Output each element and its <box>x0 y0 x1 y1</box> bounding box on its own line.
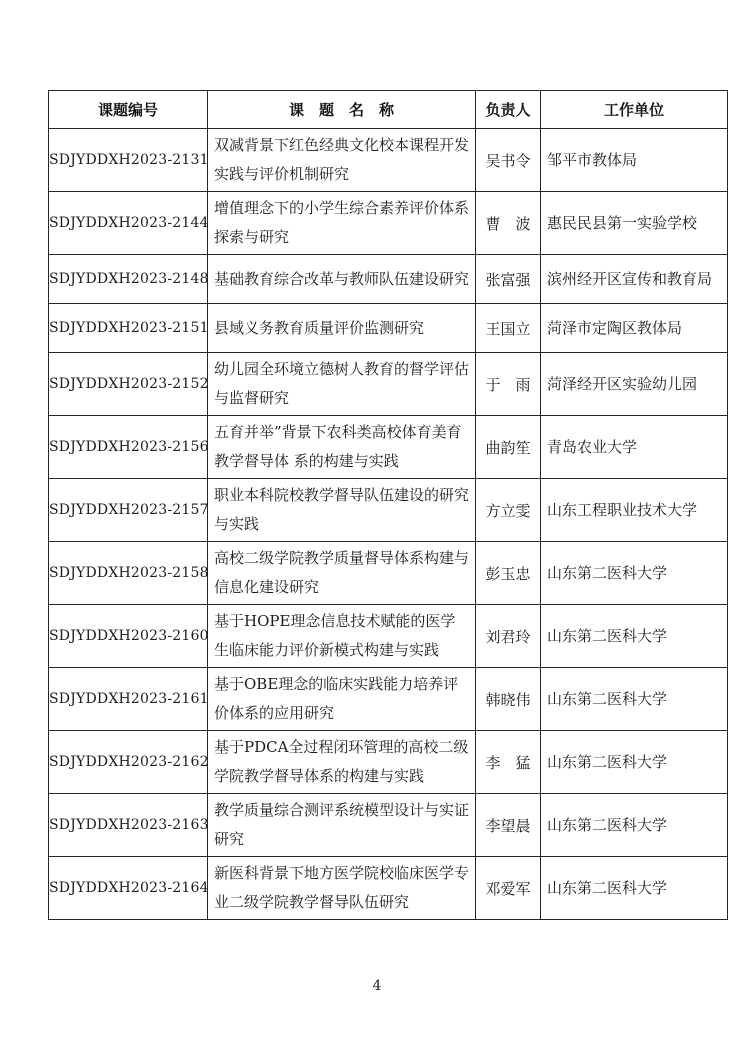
document-page: 课题编号 课 题 名 称 负责人 工作单位 SDJYDDXH2023-2131 … <box>0 0 754 1064</box>
cell-project-code: SDJYDDXH2023-2152 <box>49 353 208 416</box>
cell-leader: 刘君玲 <box>476 605 541 668</box>
cell-leader: 邓爱军 <box>476 857 541 920</box>
cell-work-unit: 菏泽市定陶区教体局 <box>541 304 728 353</box>
table-row: SDJYDDXH2023-2157 职业本科院校教学督导队伍建设的研究与实践 方… <box>49 479 728 542</box>
cell-project-title: 新医科背景下地方医学院校临床医学专业二级学院教学督导队伍研究 <box>208 857 476 920</box>
table-row: SDJYDDXH2023-2156 五育并举”背景下农科类高校体育美育教学督导体… <box>49 416 728 479</box>
cell-work-unit: 滨州经开区宣传和教育局 <box>541 255 728 304</box>
table-row: SDJYDDXH2023-2131 双减背景下红色经典文化校本课程开发实践与评价… <box>49 129 728 192</box>
cell-project-code: SDJYDDXH2023-2157 <box>49 479 208 542</box>
table-row: SDJYDDXH2023-2161 基于OBE理念的临床实践能力培养评价体系的应… <box>49 668 728 731</box>
project-table: 课题编号 课 题 名 称 负责人 工作单位 SDJYDDXH2023-2131 … <box>48 90 728 920</box>
cell-project-code: SDJYDDXH2023-2158 <box>49 542 208 605</box>
header-leader: 负责人 <box>476 91 541 129</box>
cell-leader: 张富强 <box>476 255 541 304</box>
cell-project-code: SDJYDDXH2023-2164 <box>49 857 208 920</box>
cell-project-title: 幼儿园全环境立德树人教育的督学评估与监督研究 <box>208 353 476 416</box>
table-row: SDJYDDXH2023-2164 新医科背景下地方医学院校临床医学专业二级学院… <box>49 857 728 920</box>
table-row: SDJYDDXH2023-2152 幼儿园全环境立德树人教育的督学评估与监督研究… <box>49 353 728 416</box>
cell-work-unit: 青岛农业大学 <box>541 416 728 479</box>
cell-project-title: 基于PDCA全过程闭环管理的高校二级学院教学督导体系的构建与实践 <box>208 731 476 794</box>
cell-project-title: 基于HOPE理念信息技术赋能的医学生临床能力评价新模式构建与实践 <box>208 605 476 668</box>
cell-work-unit: 山东第二医科大学 <box>541 605 728 668</box>
table-row: SDJYDDXH2023-2158 高校二级学院教学质量督导体系构建与信息化建设… <box>49 542 728 605</box>
cell-project-title: 县域义务教育质量评价监测研究 <box>208 304 476 353</box>
cell-project-code: SDJYDDXH2023-2148 <box>49 255 208 304</box>
header-project-code: 课题编号 <box>49 91 208 129</box>
cell-leader: 吴书令 <box>476 129 541 192</box>
cell-work-unit: 山东工程职业技术大学 <box>541 479 728 542</box>
table-row: SDJYDDXH2023-2162 基于PDCA全过程闭环管理的高校二级学院教学… <box>49 731 728 794</box>
cell-leader: 彭玉忠 <box>476 542 541 605</box>
cell-project-title: 高校二级学院教学质量督导体系构建与信息化建设研究 <box>208 542 476 605</box>
cell-work-unit: 邹平市教体局 <box>541 129 728 192</box>
cell-leader: 于 雨 <box>476 353 541 416</box>
cell-project-code: SDJYDDXH2023-2151 <box>49 304 208 353</box>
cell-project-code: SDJYDDXH2023-2163 <box>49 794 208 857</box>
cell-project-code: SDJYDDXH2023-2144 <box>49 192 208 255</box>
cell-work-unit: 惠民民县第一实验学校 <box>541 192 728 255</box>
table-row: SDJYDDXH2023-2148 基础教育综合改革与教师队伍建设研究 张富强 … <box>49 255 728 304</box>
cell-work-unit: 山东第二医科大学 <box>541 731 728 794</box>
cell-project-title: 教学质量综合测评系统模型设计与实证研究 <box>208 794 476 857</box>
cell-project-title: 基于OBE理念的临床实践能力培养评价体系的应用研究 <box>208 668 476 731</box>
header-work-unit: 工作单位 <box>541 91 728 129</box>
table-row: SDJYDDXH2023-2144 增值理念下的小学生综合素养评价体系探索与研究… <box>49 192 728 255</box>
cell-leader: 王国立 <box>476 304 541 353</box>
cell-project-title: 五育并举”背景下农科类高校体育美育教学督导体 系的构建与实践 <box>208 416 476 479</box>
cell-project-code: SDJYDDXH2023-2160 <box>49 605 208 668</box>
cell-project-title: 基础教育综合改革与教师队伍建设研究 <box>208 255 476 304</box>
cell-project-code: SDJYDDXH2023-2156 <box>49 416 208 479</box>
cell-work-unit: 山东第二医科大学 <box>541 668 728 731</box>
table-header-row: 课题编号 课 题 名 称 负责人 工作单位 <box>49 91 728 129</box>
cell-work-unit: 山东第二医科大学 <box>541 542 728 605</box>
cell-project-title: 双减背景下红色经典文化校本课程开发实践与评价机制研究 <box>208 129 476 192</box>
cell-leader: 韩晓伟 <box>476 668 541 731</box>
cell-leader: 李望晨 <box>476 794 541 857</box>
cell-work-unit: 菏泽经开区实验幼儿园 <box>541 353 728 416</box>
cell-work-unit: 山东第二医科大学 <box>541 857 728 920</box>
cell-project-code: SDJYDDXH2023-2162 <box>49 731 208 794</box>
page-number: 4 <box>0 978 754 994</box>
cell-leader: 方立雯 <box>476 479 541 542</box>
table-row: SDJYDDXH2023-2163 教学质量综合测评系统模型设计与实证研究 李望… <box>49 794 728 857</box>
table-row: SDJYDDXH2023-2151 县域义务教育质量评价监测研究 王国立 菏泽市… <box>49 304 728 353</box>
cell-leader: 曹 波 <box>476 192 541 255</box>
cell-project-code: SDJYDDXH2023-2161 <box>49 668 208 731</box>
cell-project-title: 职业本科院校教学督导队伍建设的研究与实践 <box>208 479 476 542</box>
table-row: SDJYDDXH2023-2160 基于HOPE理念信息技术赋能的医学生临床能力… <box>49 605 728 668</box>
cell-leader: 曲韵笙 <box>476 416 541 479</box>
cell-project-code: SDJYDDXH2023-2131 <box>49 129 208 192</box>
cell-leader: 李 猛 <box>476 731 541 794</box>
header-project-title: 课 题 名 称 <box>208 91 476 129</box>
cell-work-unit: 山东第二医科大学 <box>541 794 728 857</box>
cell-project-title: 增值理念下的小学生综合素养评价体系探索与研究 <box>208 192 476 255</box>
